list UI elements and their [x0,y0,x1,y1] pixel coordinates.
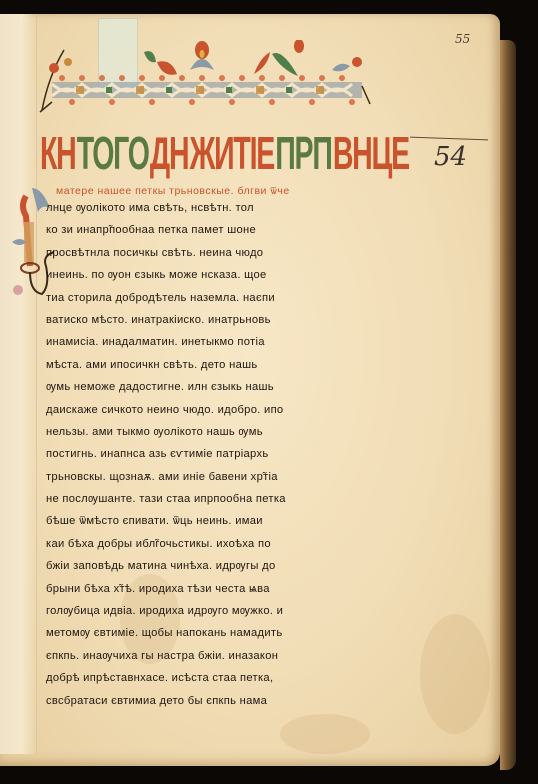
text-line: ко зи инапр̃пообнаа петка памет шоне [46,219,416,241]
text-line: єпкпь. инаѹчиха гы настра бжіи. иназакон [46,645,416,667]
ornamental-headpiece [32,40,372,120]
body-text: лнце ѹолікото има свѣть, нсвѣтн. тол ко … [46,197,416,712]
text-line: тиа сторила добродѣтель наземла. наєпи [46,287,416,309]
title-segment: ДН [150,130,188,176]
title-heading: КН ТОГО ДН ЖИТІЕ ПРП ВНЦЕ [40,118,251,176]
folio-number-upper: 55 [455,32,470,46]
book-page-edge [500,40,516,770]
text-line: просвѣтнла посичкы свѣть. неина чюдо [46,242,416,264]
text-line: брыни бѣха х̃тѣ. иродиха тѣзи честа ѩва [46,578,416,600]
title-segment: КН [40,130,76,176]
text-line: бжіи заповѣдь матина чинѣха. идрѹгы до [46,555,416,577]
text-line: даискаже сичкото неино чюдо. идобро. ипо [46,399,416,421]
title-segment: ПРП [275,130,331,176]
text-line: не послѹшанте. тази стаа ипрпообна петка [46,488,416,510]
text-line: ватиско мѣсто. инатракіиско. инатрьновь [46,309,416,331]
text-line: метомѹ євтимie. щобы напокань намадить [46,622,416,644]
text-line: инамисіа. инадалматин. инетыкмо потіа [46,331,416,353]
text-line: голѹбица идвіа. иродиха идрѹго мѹжко. и [46,600,416,622]
folio-number-margin: 54 [434,142,467,172]
binding-gutter [0,14,37,754]
text-line: постигнь. инапнса азь єѵтимie патріархь [46,443,416,465]
text-line: инеинь. по ѹон єзыкь може нсказа. щое [46,264,416,286]
text-line: мѣста. ами ипосичкн свѣть. дето нашь [46,354,416,376]
text-line: свсбратаси євтимиа дето бы єпкпь нама [46,690,416,712]
text-line: ѹмь неможе дадостигне. илн єзыкь нашь [46,376,416,398]
rubric-subtitle: матере нашее петкы трьновскые. блгви ѿче [56,185,290,197]
text-line: трьновскы. щознаѫ. ами инiе бавени хр̃ті… [46,466,416,488]
text-line: нельзы. ами тыкмо ѹолікото нашь ѹмь [46,421,416,443]
text-line: лнце ѹолікото има свѣть, нсвѣтн. тол [46,197,416,219]
title-segment: ВНЦЕ [333,130,409,176]
text-line: каи бѣха добры ибл̃гочьстикы. ихоѣха по [46,533,416,555]
text-line: добрѣ ипрѣставнхасе. исѣста стаа петка, [46,667,416,689]
text-line: бѣше ѿмѣсто єпивати. ѿць неинь. имаи [46,510,416,532]
title-segment: ЖИТІЕ [190,130,274,176]
title-segment: ТОГО [77,130,149,176]
